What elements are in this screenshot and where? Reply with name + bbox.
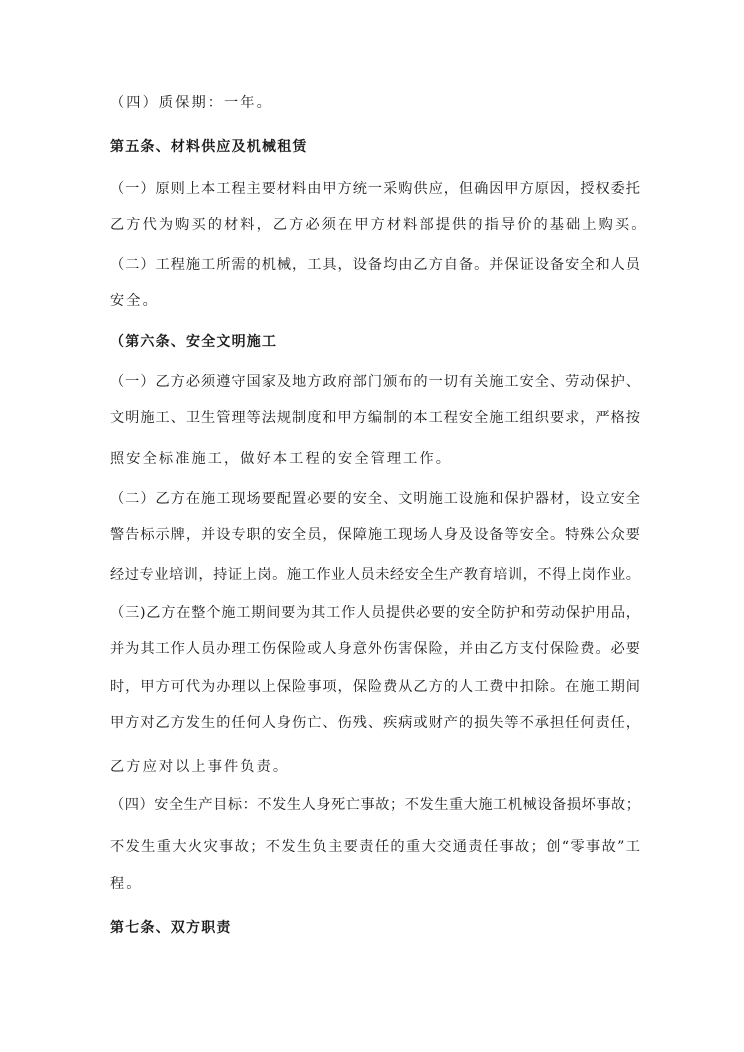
heading-article-6: （第六条、安全文明施工 [110,332,640,352]
para-6-4-line-3: 程。 [110,874,640,894]
para-6-1-line-1: （一）乙方必须遵守国家及地方政府部门颁布的一切有关施工安全、劳动保护、 [110,372,640,392]
para-6-3-line-3: 时，甲方可代为办理以上保险事项，保险费从乙方的人工费中扣除。在施工期间 [110,677,640,697]
para-warranty-period: （四）质保期：一年。 [110,93,640,113]
para-6-1-line-3: 照安全标准施工，做好本工程的安全管理工作。 [110,449,640,469]
para-6-2-line-2: 警告标示牌，并设专职的安全员，保障施工现场人身及设备等安全。特殊公众要 [110,525,640,545]
para-6-4-line-2: 不发生重大火灾事故；不发生负主要责任的重大交通责任事故；创“零事故”工 [110,837,640,857]
heading-article-7: 第七条、双方职责 [110,918,640,938]
document-page: （四）质保期：一年。 第五条、材料供应及机械租赁 （一）原则上本工程主要材料由甲… [0,0,744,1052]
para-6-2-line-3: 经过专业培训，持证上岗。施工作业人员未经安全生产教育培训，不得上岗作业。 [110,565,640,585]
para-6-2-line-1: （二）乙方在施工现场要配置必要的安全、文明施工设施和保护器材，设立安全 [110,489,640,509]
para-6-3-line-4: 甲方对乙方发生的任何人身伤亡、伤残、疾病或财产的损失等不承担任何责任， [110,713,640,733]
para-5-2-line-2: 安全。 [110,291,640,311]
heading-article-5: 第五条、材料供应及机械租赁 [110,137,640,157]
para-5-2-line-1: （二）工程施工所需的机械，工具，设备均由乙方自备。并保证设备安全和人员 [110,255,640,275]
para-6-3-line-2: 并为其工作人员办理工伤保险或人身意外伤害保险，并由乙方支付保险费。必要 [110,639,640,659]
para-5-1-line-1: （一）原则上本工程主要材料由甲方统一采购供应，但确因甲方原因，授权委托 [110,179,640,199]
para-6-4-line-1: （四）安全生产目标：不发生人身死亡事故；不发生重大施工机械设备损坏事故； [110,795,640,815]
para-6-1-line-2: 文明施工、卫生管理等法规制度和甲方编制的本工程安全施工组织要求，严格按 [110,408,640,428]
para-6-3-line-5: 乙方应对以上事件负责。 [110,757,640,777]
para-6-3-line-1: （三)乙方在整个施工期间要为其工作人员提供必要的安全防护和劳动保护用品， [110,603,640,623]
para-5-1-line-2: 乙方代为购买的材料，乙方必须在甲方材料部提供的指导价的基础上购买。 [110,215,640,235]
